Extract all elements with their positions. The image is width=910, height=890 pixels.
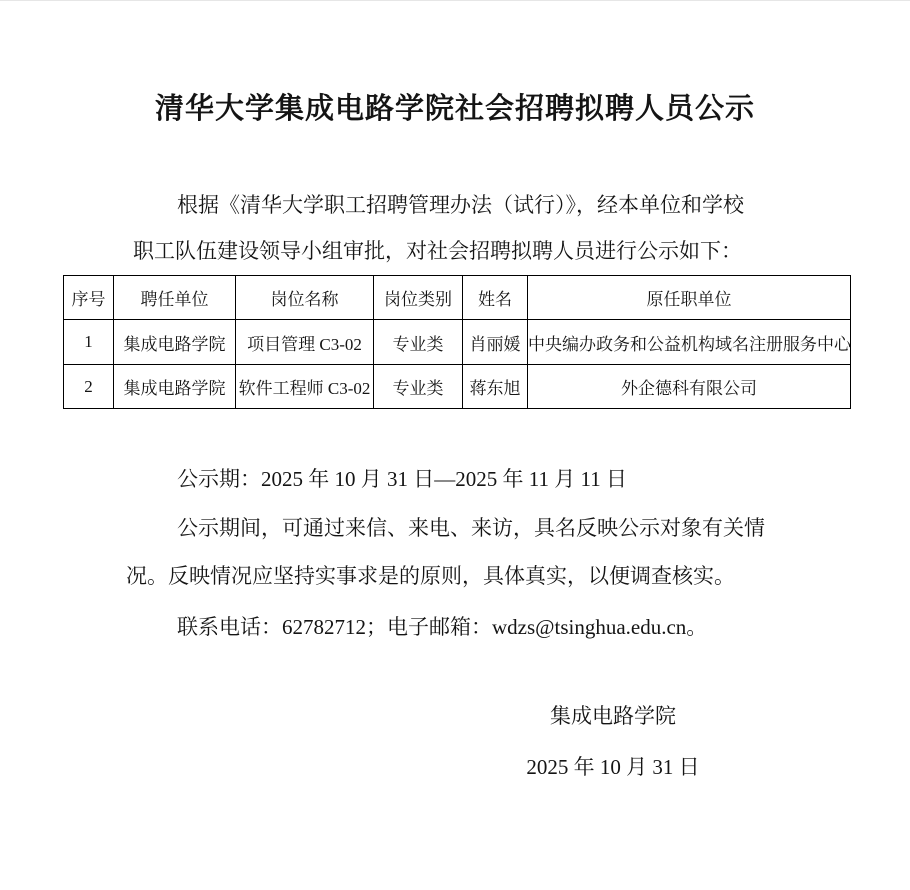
header-cell-seq: 序号: [64, 276, 114, 320]
table-row: 2 集成电路学院 软件工程师 C3-02 专业类 蒋东旭 外企德科有限公司: [64, 365, 851, 409]
cell-unit: 集成电路学院: [114, 365, 236, 409]
intro-paragraph-line-2: 职工队伍建设领导小组审批，对社会招聘拟聘人员进行公示如下：: [133, 239, 742, 263]
header-cell-name: 姓名: [463, 276, 528, 320]
table-header-row: 序号 聘任单位 岗位名称 岗位类别 姓名 原任职单位: [64, 276, 851, 320]
notice-document: 清华大学集成电路学院社会招聘拟聘人员公示 根据《清华大学职工招聘管理办法（试行）…: [0, 0, 910, 890]
cell-name: 肖丽媛: [463, 320, 528, 365]
contact-info-line: 联系电话：62782712；电子邮箱：wdzs@tsinghua.edu.cn。: [177, 615, 707, 639]
cell-origin: 中央编办政务和公益机构域名注册服务中心: [528, 320, 851, 365]
intro-paragraph-line-1: 根据《清华大学职工招聘管理办法（试行）》，经本单位和学校: [177, 193, 744, 217]
header-cell-type: 岗位类别: [374, 276, 463, 320]
cell-type: 专业类: [374, 320, 463, 365]
document-title: 清华大学集成电路学院社会招聘拟聘人员公示: [0, 86, 910, 127]
cell-type: 专业类: [374, 365, 463, 409]
header-cell-post: 岗位名称: [236, 276, 374, 320]
cell-seq: 2: [64, 365, 114, 409]
candidates-table: 序号 聘任单位 岗位名称 岗位类别 姓名 原任职单位 1 集成电路学院 项目管理…: [63, 275, 851, 409]
cell-post: 软件工程师 C3-02: [236, 365, 374, 409]
header-cell-origin: 原任职单位: [528, 276, 851, 320]
cell-post: 项目管理 C3-02: [236, 320, 374, 365]
signature-date: 2025 年 10 月 31 日: [316, 755, 910, 779]
feedback-paragraph-line-1: 公示期间，可通过来信、来电、来访，具名反映公示对象有关情: [177, 516, 765, 540]
feedback-paragraph-line-2: 况。反映情况应坚持实事求是的原则，具体真实，以便调查核实。: [126, 564, 735, 588]
header-cell-unit: 聘任单位: [114, 276, 236, 320]
table-row: 1 集成电路学院 项目管理 C3-02 专业类 肖丽媛 中央编办政务和公益机构域…: [64, 320, 851, 365]
cell-seq: 1: [64, 320, 114, 365]
publicity-period-line: 公示期：2025 年 10 月 31 日—2025 年 11 月 11 日: [177, 467, 627, 491]
cell-unit: 集成电路学院: [114, 320, 236, 365]
signature-organization: 集成电路学院: [316, 704, 910, 728]
cell-origin: 外企德科有限公司: [528, 365, 851, 409]
cell-name: 蒋东旭: [463, 365, 528, 409]
